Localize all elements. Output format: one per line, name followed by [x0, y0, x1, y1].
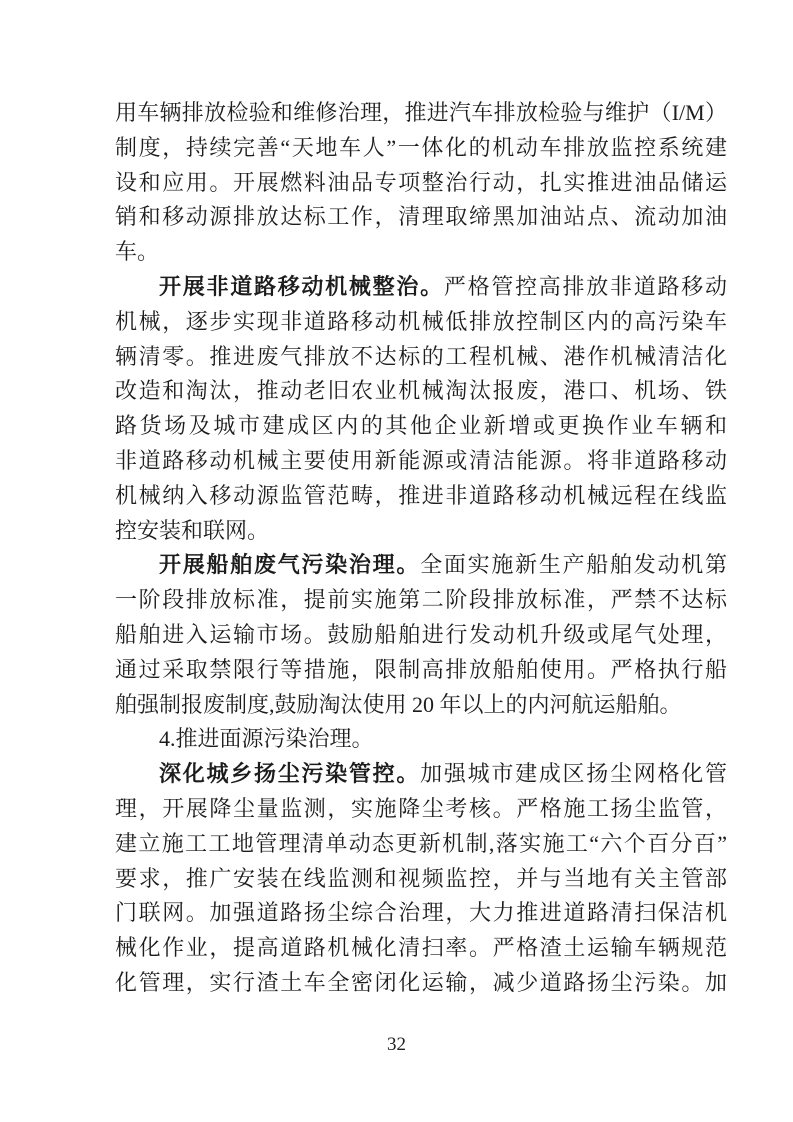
document-body: 用车辆排放检验和维修治理，推进汽车排放检验与维护（I/M）制度，持续完善“天地车…: [115, 96, 727, 1001]
text-line: 改造和淘汰，推动老旧农业机械淘汰报废，港口、机场、铁: [115, 374, 727, 409]
text-line: 要求，推广安装在线监测和视频监控，并与当地有关主管部: [115, 862, 727, 897]
text-line: 舶强制报废制度,鼓励淘汰使用 20 年以上的内河航运船舶。: [115, 688, 727, 723]
text-line: 制度，持续完善“天地车人”一体化的机动车排放监控系统建: [115, 131, 727, 166]
text-line: 深化城乡扬尘污染管控。加强城市建成区扬尘网格化管: [115, 757, 727, 792]
page-footer: 32: [0, 1032, 793, 1058]
text-line: 船舶进入运输市场。鼓励船舶进行发动机升级或尾气处理，: [115, 618, 727, 653]
text-line: 理，开展降尘量监测，实施降尘考核。严格施工扬尘监管，: [115, 792, 727, 827]
text-line: 门联网。加强道路扬尘综合治理，大力推进道路清扫保洁机: [115, 896, 727, 931]
page-number: 32: [387, 1034, 406, 1055]
text-line: 开展非道路移动机械整治。严格管控高排放非道路移动: [115, 270, 727, 305]
paragraph-lead: 深化城乡扬尘污染管控。: [159, 761, 420, 786]
paragraph-lead: 开展船舶废气污染治理。: [159, 552, 420, 577]
text-line: 机械纳入移动源监管范畴，推进非道路移动机械远程在线监: [115, 479, 727, 514]
text-line: 控安装和联网。: [115, 514, 727, 549]
text-line: 开展船舶废气污染治理。全面实施新生产船舶发动机第: [115, 548, 727, 583]
text-line: 4.推进面源污染治理。: [115, 722, 727, 757]
text-line: 通过采取禁限行等措施，限制高排放船舶使用。严格执行船: [115, 653, 727, 688]
text-line: 建立施工工地管理清单动态更新机制,落实施工“六个百分百”: [115, 827, 727, 862]
text-line: 化管理，实行渣土车全密闭化运输，减少道路扬尘污染。加: [115, 966, 727, 1001]
text-line: 设和应用。开展燃料油品专项整治行动，扎实推进油品储运: [115, 166, 727, 201]
paragraph-lead: 开展非道路移动机械整治。: [159, 274, 444, 299]
text-line: 车。: [115, 235, 727, 270]
document-page: 用车辆排放检验和维修治理，推进汽车排放检验与维护（I/M）制度，持续完善“天地车…: [0, 0, 793, 1122]
text-line: 路货场及城市建成区内的其他企业新增或更换作业车辆和: [115, 409, 727, 444]
text-line: 械化作业，提高道路机械化清扫率。严格渣土运输车辆规范: [115, 931, 727, 966]
text-line: 销和移动源排放达标工作，清理取缔黑加油站点、流动加油: [115, 200, 727, 235]
text-line: 一阶段排放标准，提前实施第二阶段排放标准，严禁不达标: [115, 583, 727, 618]
text-line: 用车辆排放检验和维修治理，推进汽车排放检验与维护（I/M）: [115, 96, 727, 131]
text-line: 非道路移动机械主要使用新能源或清洁能源。将非道路移动: [115, 444, 727, 479]
text-line: 辆清零。推进废气排放不达标的工程机械、港作机械清洁化: [115, 340, 727, 375]
text-line: 机械，逐步实现非道路移动机械低排放控制区内的高污染车: [115, 305, 727, 340]
